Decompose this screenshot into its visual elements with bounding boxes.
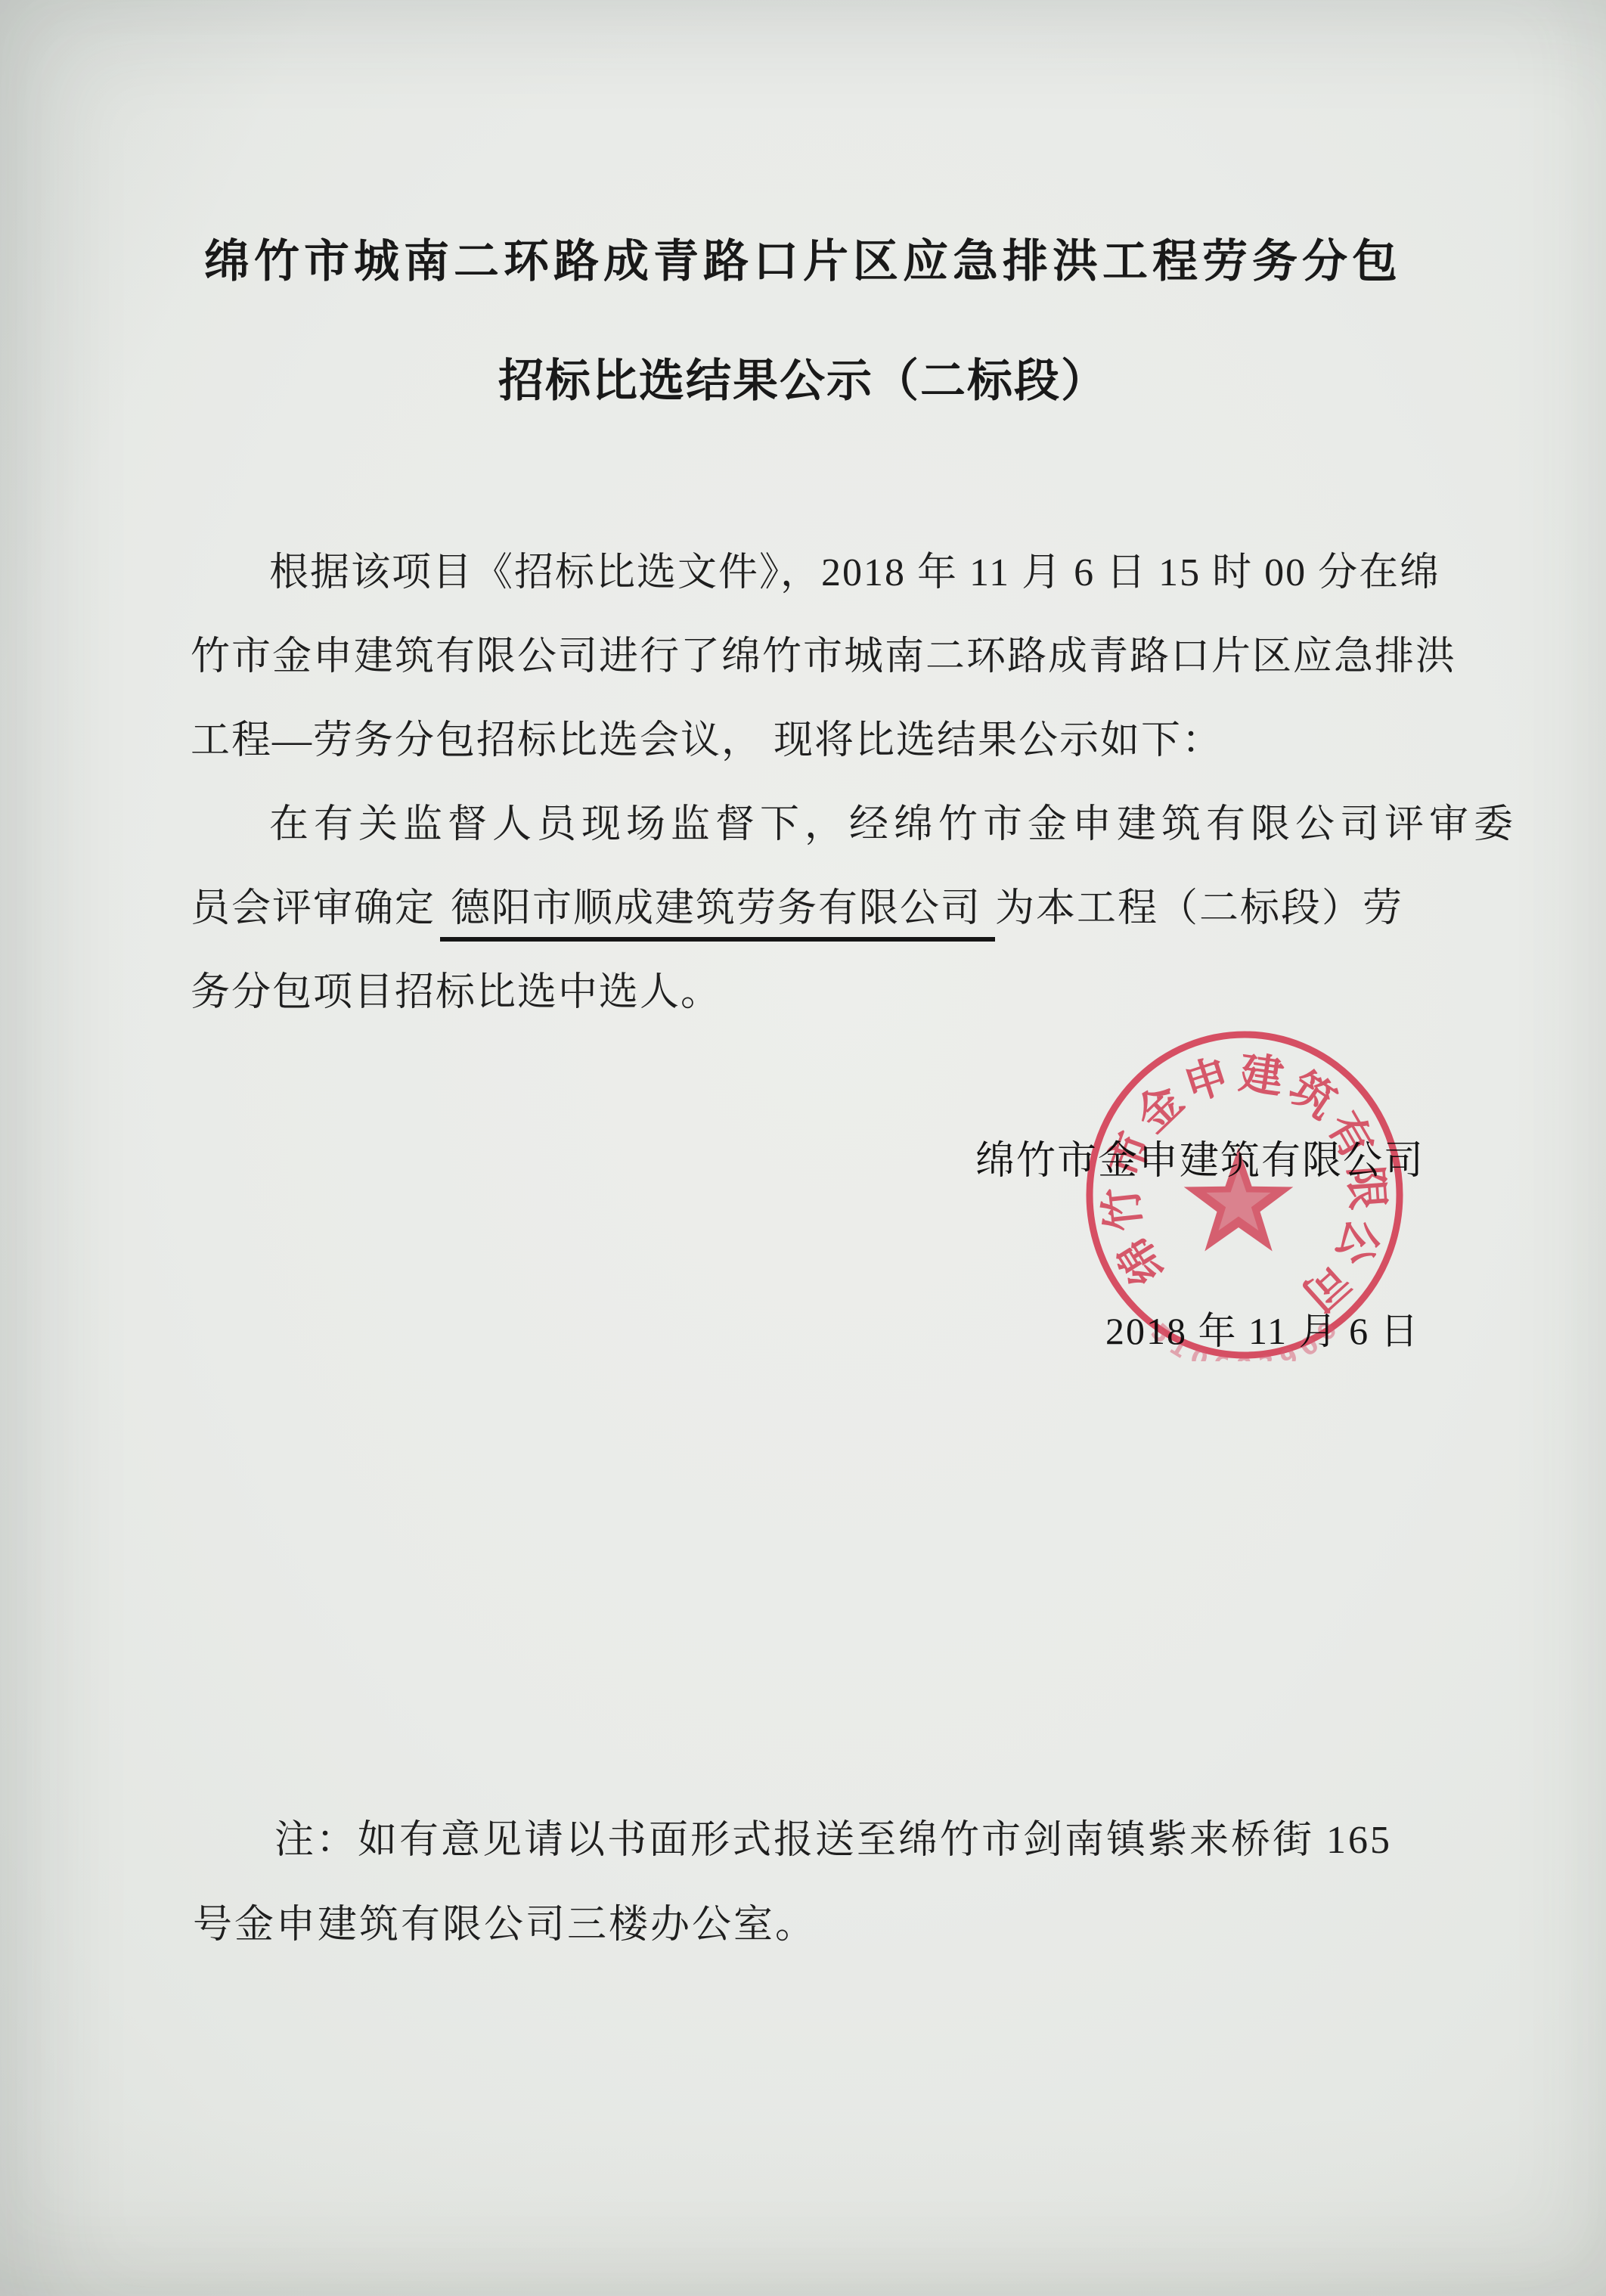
winning-bidder-underlined: 德阳市顺成建筑劳务有限公司 [440, 876, 995, 942]
body-line-3: 工程—劳务分包招标比选会议， 现将比选结果公示如下： [191, 708, 1434, 792]
svg-text:筑: 筑 [1280, 1061, 1345, 1128]
note-line-2: 号金申建筑有限公司三楼办公室。 [193, 1892, 1463, 1977]
svg-text:竹: 竹 [1095, 1184, 1151, 1233]
note-paragraph: 注：如有意见请以书面形式报送至绵竹市剑南镇紫来桥街 165 号金申建筑有限公司三… [193, 1807, 1463, 1977]
svg-text:绵: 绵 [1107, 1229, 1173, 1293]
signature-company: 绵竹市金申建筑有限公司 [975, 1128, 1425, 1185]
body-line-2: 竹市金申建筑有限公司进行了绵竹市城南二环路成青路口片区应急排洪 [191, 624, 1434, 708]
svg-text:申: 申 [1178, 1049, 1236, 1112]
body-line-6: 务分包项目招标比选中选人。 [191, 960, 1434, 1044]
body-line-5-prefix: 员会评审确定 [191, 887, 436, 930]
body-line-1: 根据该项目《招标比选文件》，2018 年 11 月 6 日 15 时 00 分在… [191, 540, 1434, 624]
document-title-line2: 招标比选结果公示（二标段） [0, 345, 1606, 410]
body-line-5: 员会评审确定德阳市顺成建筑劳务有限公司为本工程（二标段）劳 [191, 876, 1434, 960]
svg-text:建: 建 [1236, 1047, 1287, 1103]
note-line-1: 注：如有意见请以书面形式报送至绵竹市剑南镇紫来桥街 165 [193, 1807, 1463, 1892]
scanned-document-page: 绵竹市城南二环路成青路口片区应急排洪工程劳务分包 招标比选结果公示（二标段） 根… [0, 0, 1606, 2296]
svg-text:公: 公 [1325, 1212, 1390, 1272]
body-line-4: 在有关监督人员现场监督下，经绵竹市金申建筑有限公司评审委 [191, 792, 1434, 876]
signature-date: 2018 年 11 月 6 日 [1105, 1301, 1420, 1355]
document-title-line1: 绵竹市城南二环路成青路口片区应急排洪工程劳务分包 [0, 225, 1606, 290]
body-line-5-suffix: 为本工程（二标段）劳 [995, 887, 1403, 930]
body-paragraphs: 根据该项目《招标比选文件》，2018 年 11 月 6 日 15 时 00 分在… [191, 540, 1434, 1044]
